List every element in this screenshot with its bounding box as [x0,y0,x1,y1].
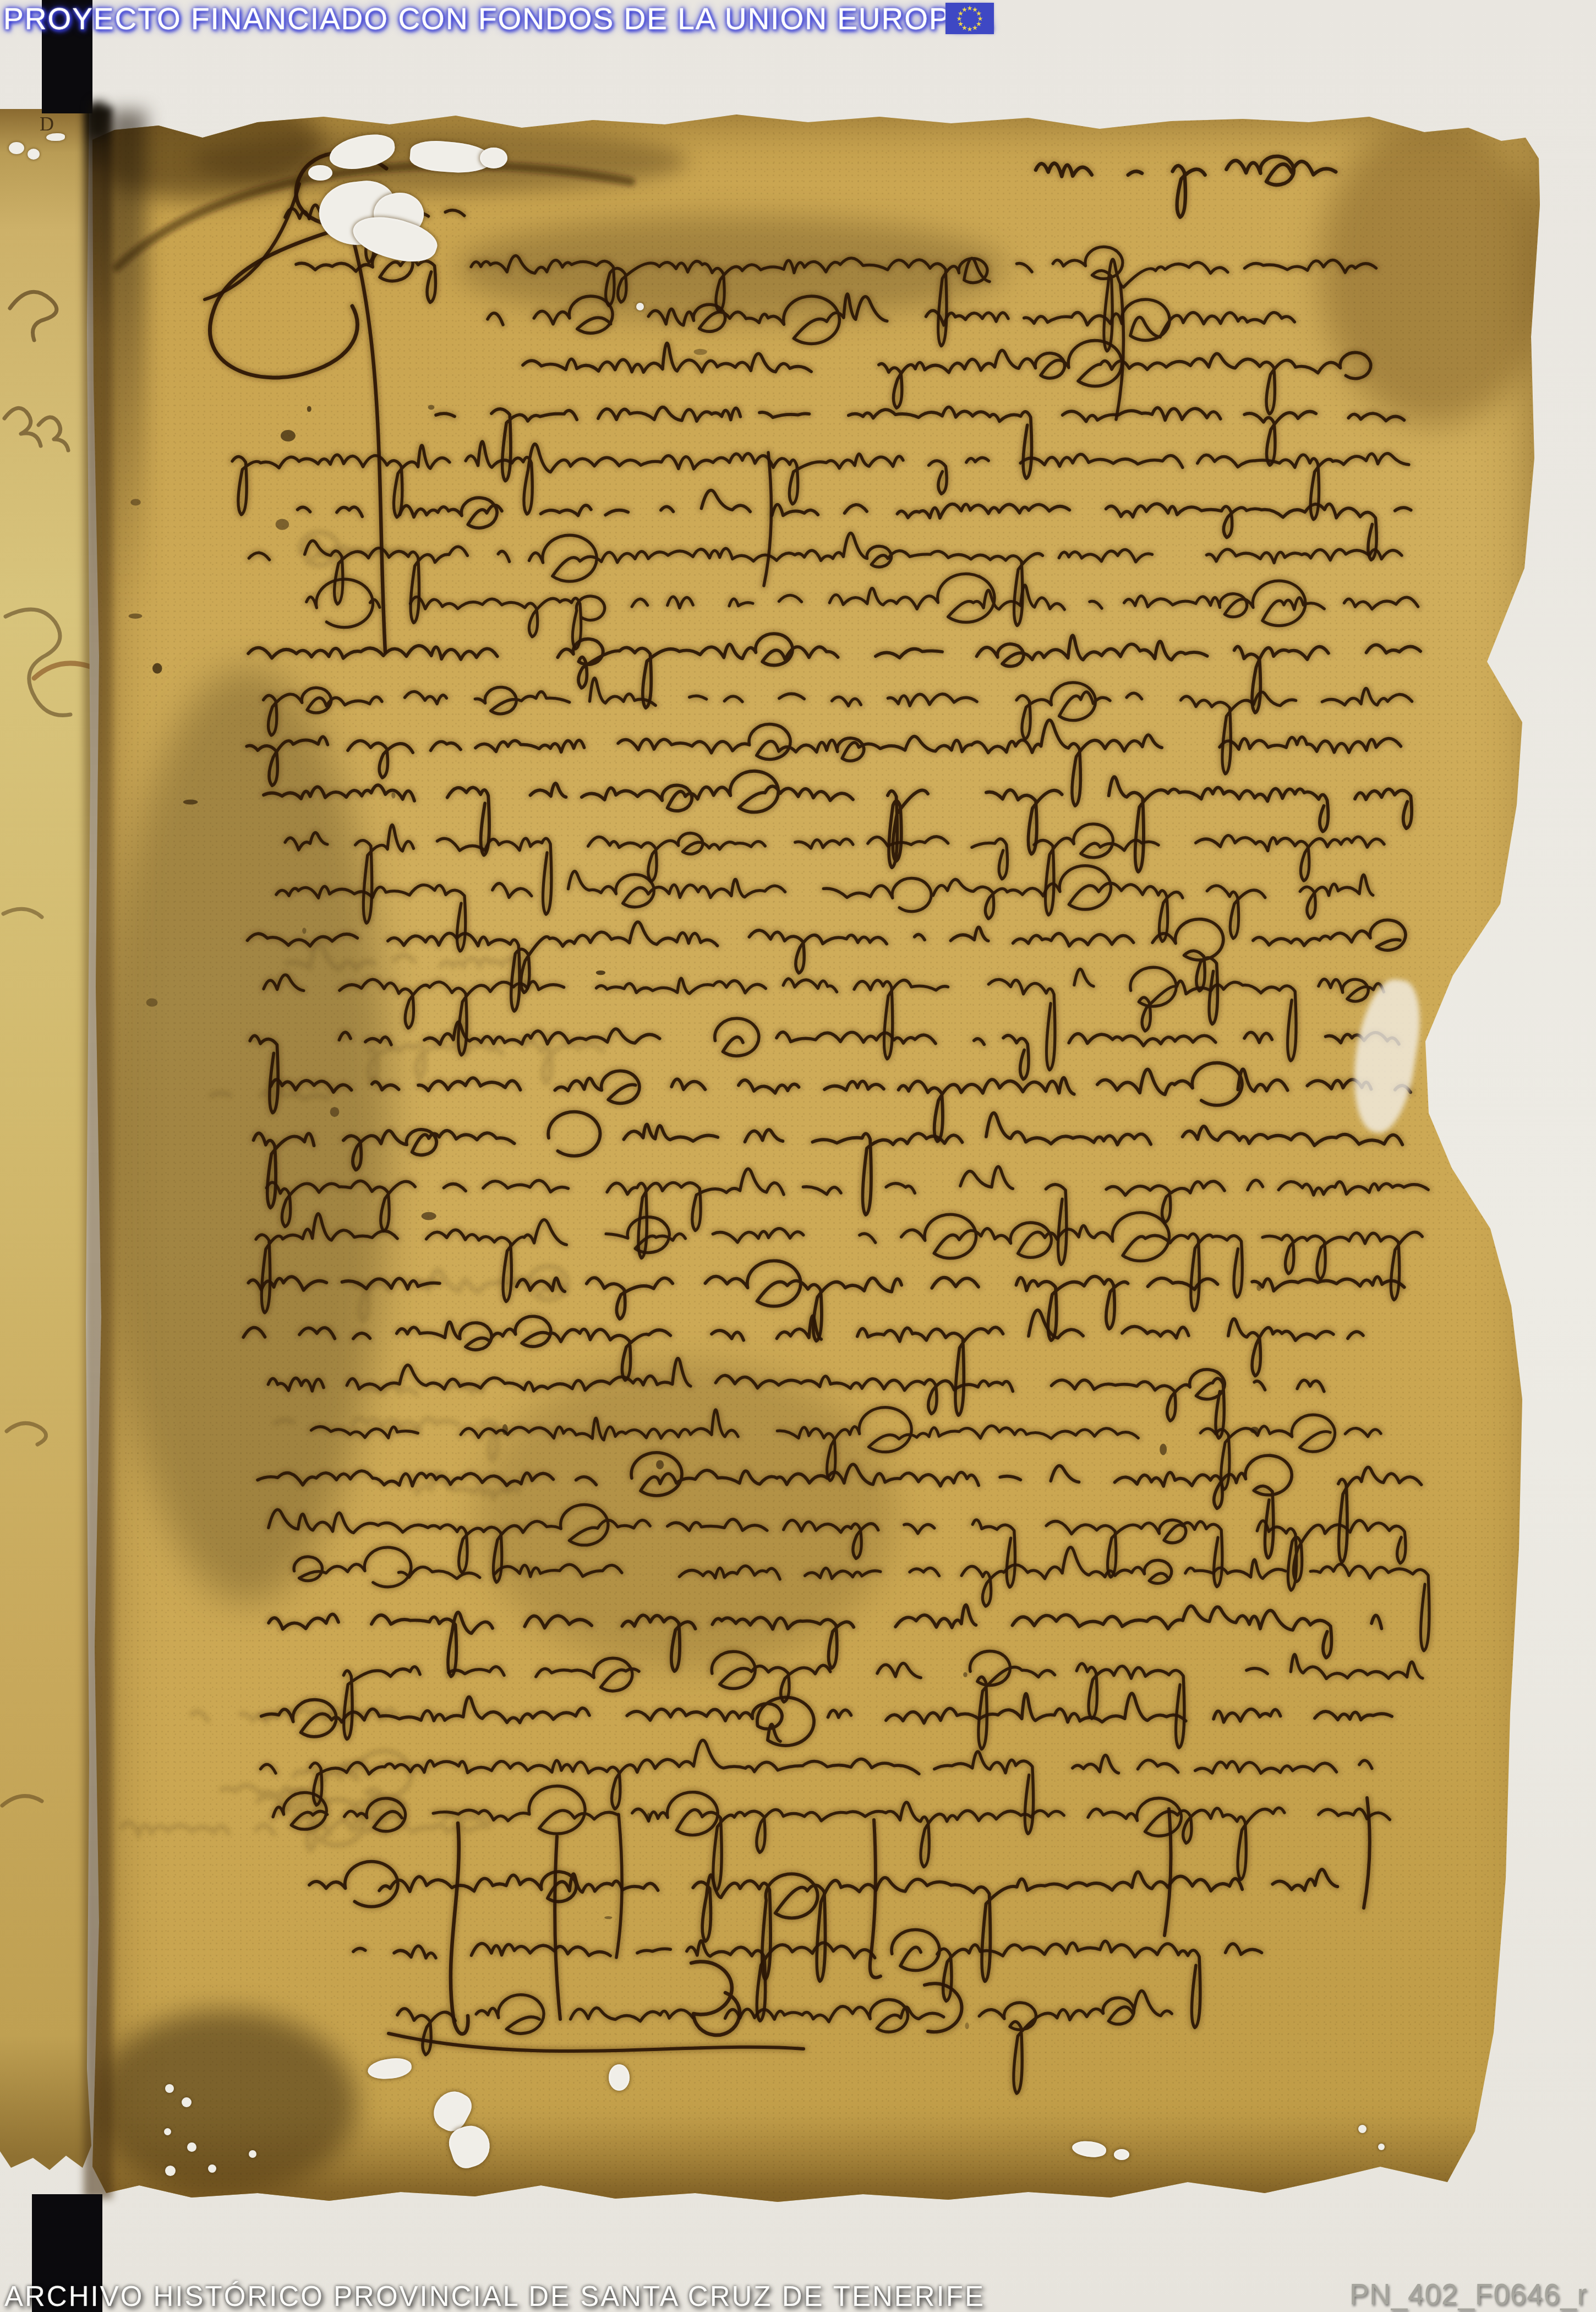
scanned-document-page: D [0,0,1596,2312]
project-funding-label: PROYECTO FINANCIADO CON FONDOS DE LA UNI… [3,1,993,36]
gutter-shadow-top [108,110,146,606]
worm-hole [1378,2144,1385,2150]
handwriting-layer [0,0,1596,2312]
eu-flag-icon [945,3,994,34]
reference-code: PN_402_F0646_r [1349,2278,1587,2311]
worm-hole [165,2084,174,2093]
worm-hole [164,2128,171,2135]
facing-page-edge: D [0,109,92,2179]
film-strip-top-shadow [90,101,106,137]
worm-hole [165,2166,176,2176]
worm-hole [182,2097,192,2107]
worm-hole [1358,2125,1367,2133]
archive-name-label: ARCHIVO HISTÓRICO PROVINCIAL DE SANTA CR… [4,2280,985,2312]
tear-patch [308,165,332,181]
tear-patch [480,148,507,168]
tear-patch [609,2064,630,2091]
worm-hole [187,2142,196,2152]
manuscript-page [92,106,1548,2205]
worm-hole [249,2150,256,2158]
worm-hole [208,2164,216,2173]
worm-hole [636,303,644,310]
tear-patch [1114,2149,1129,2160]
